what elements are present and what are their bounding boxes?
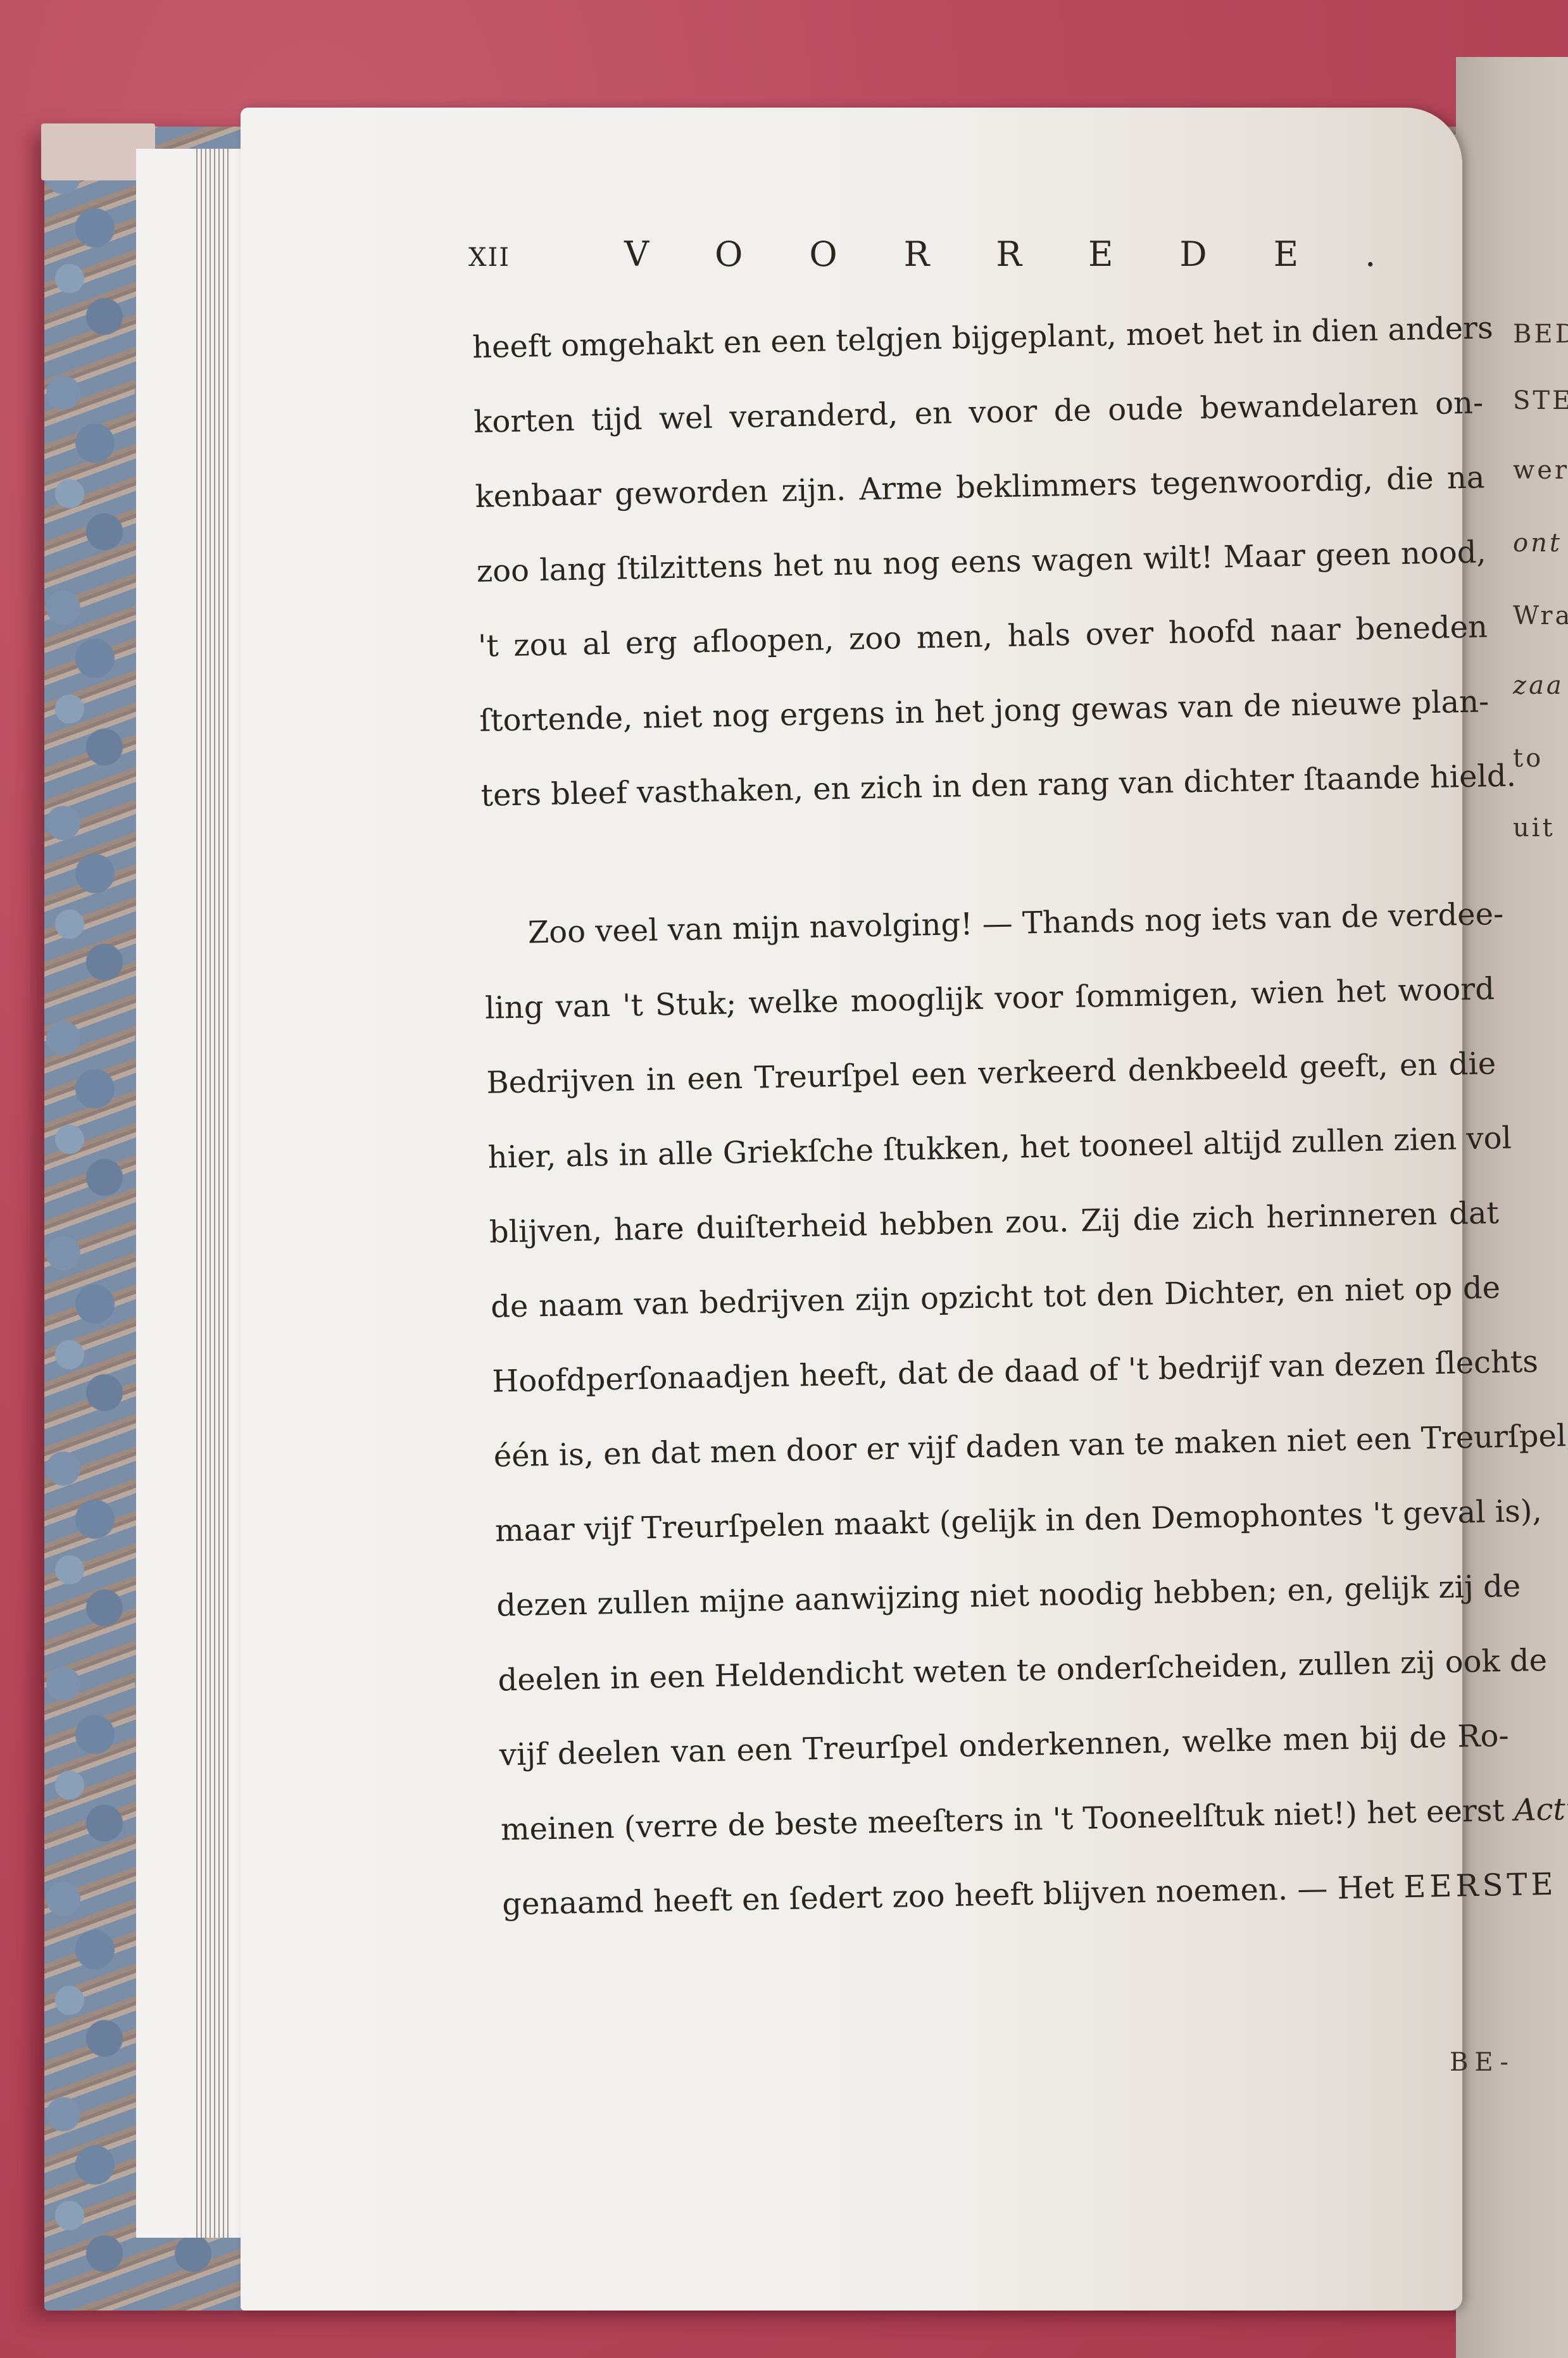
page-stack-fore-edge — [136, 149, 256, 2238]
facing-fragment: wer — [1513, 456, 1568, 485]
facing-fragment: Wra — [1513, 601, 1568, 630]
text-segment: meinen (verre de beste meeſters in 't To… — [501, 1793, 1505, 1847]
page-edges — [193, 149, 231, 2238]
facing-fragment: to — [1513, 744, 1543, 773]
italic-word: Actus — [1514, 1791, 1568, 1828]
catchword: BE- — [1450, 2048, 1515, 2077]
running-head: XII VOORREDE. — [468, 234, 1342, 274]
text-segment: genaamd heeft en ſedert zoo heeft blijve… — [502, 1869, 1395, 1922]
paragraph-2: Zoo veel van mijn navolging! — Thands no… — [483, 877, 1512, 1941]
facing-fragment: zaa — [1513, 671, 1564, 700]
paragraph-1: heeft omgehakt en een telgjen bijgeplant… — [472, 291, 1491, 832]
photo-scene: BED STE wer ont Wra zaa to uit XII VOORR… — [0, 0, 1568, 2358]
facing-fragment: STE — [1513, 386, 1568, 415]
facing-fragment: ont — [1513, 529, 1562, 558]
facing-fragment: uit — [1513, 813, 1555, 843]
page-title: VOORREDE. — [624, 234, 1442, 274]
body-text: heeft omgehakt en een telgjen bijgeplant… — [472, 291, 1512, 1941]
facing-fragment: BED — [1513, 320, 1568, 349]
page-number: XII — [468, 243, 510, 272]
small-caps-word: EERSTE — [1403, 1867, 1557, 1905]
